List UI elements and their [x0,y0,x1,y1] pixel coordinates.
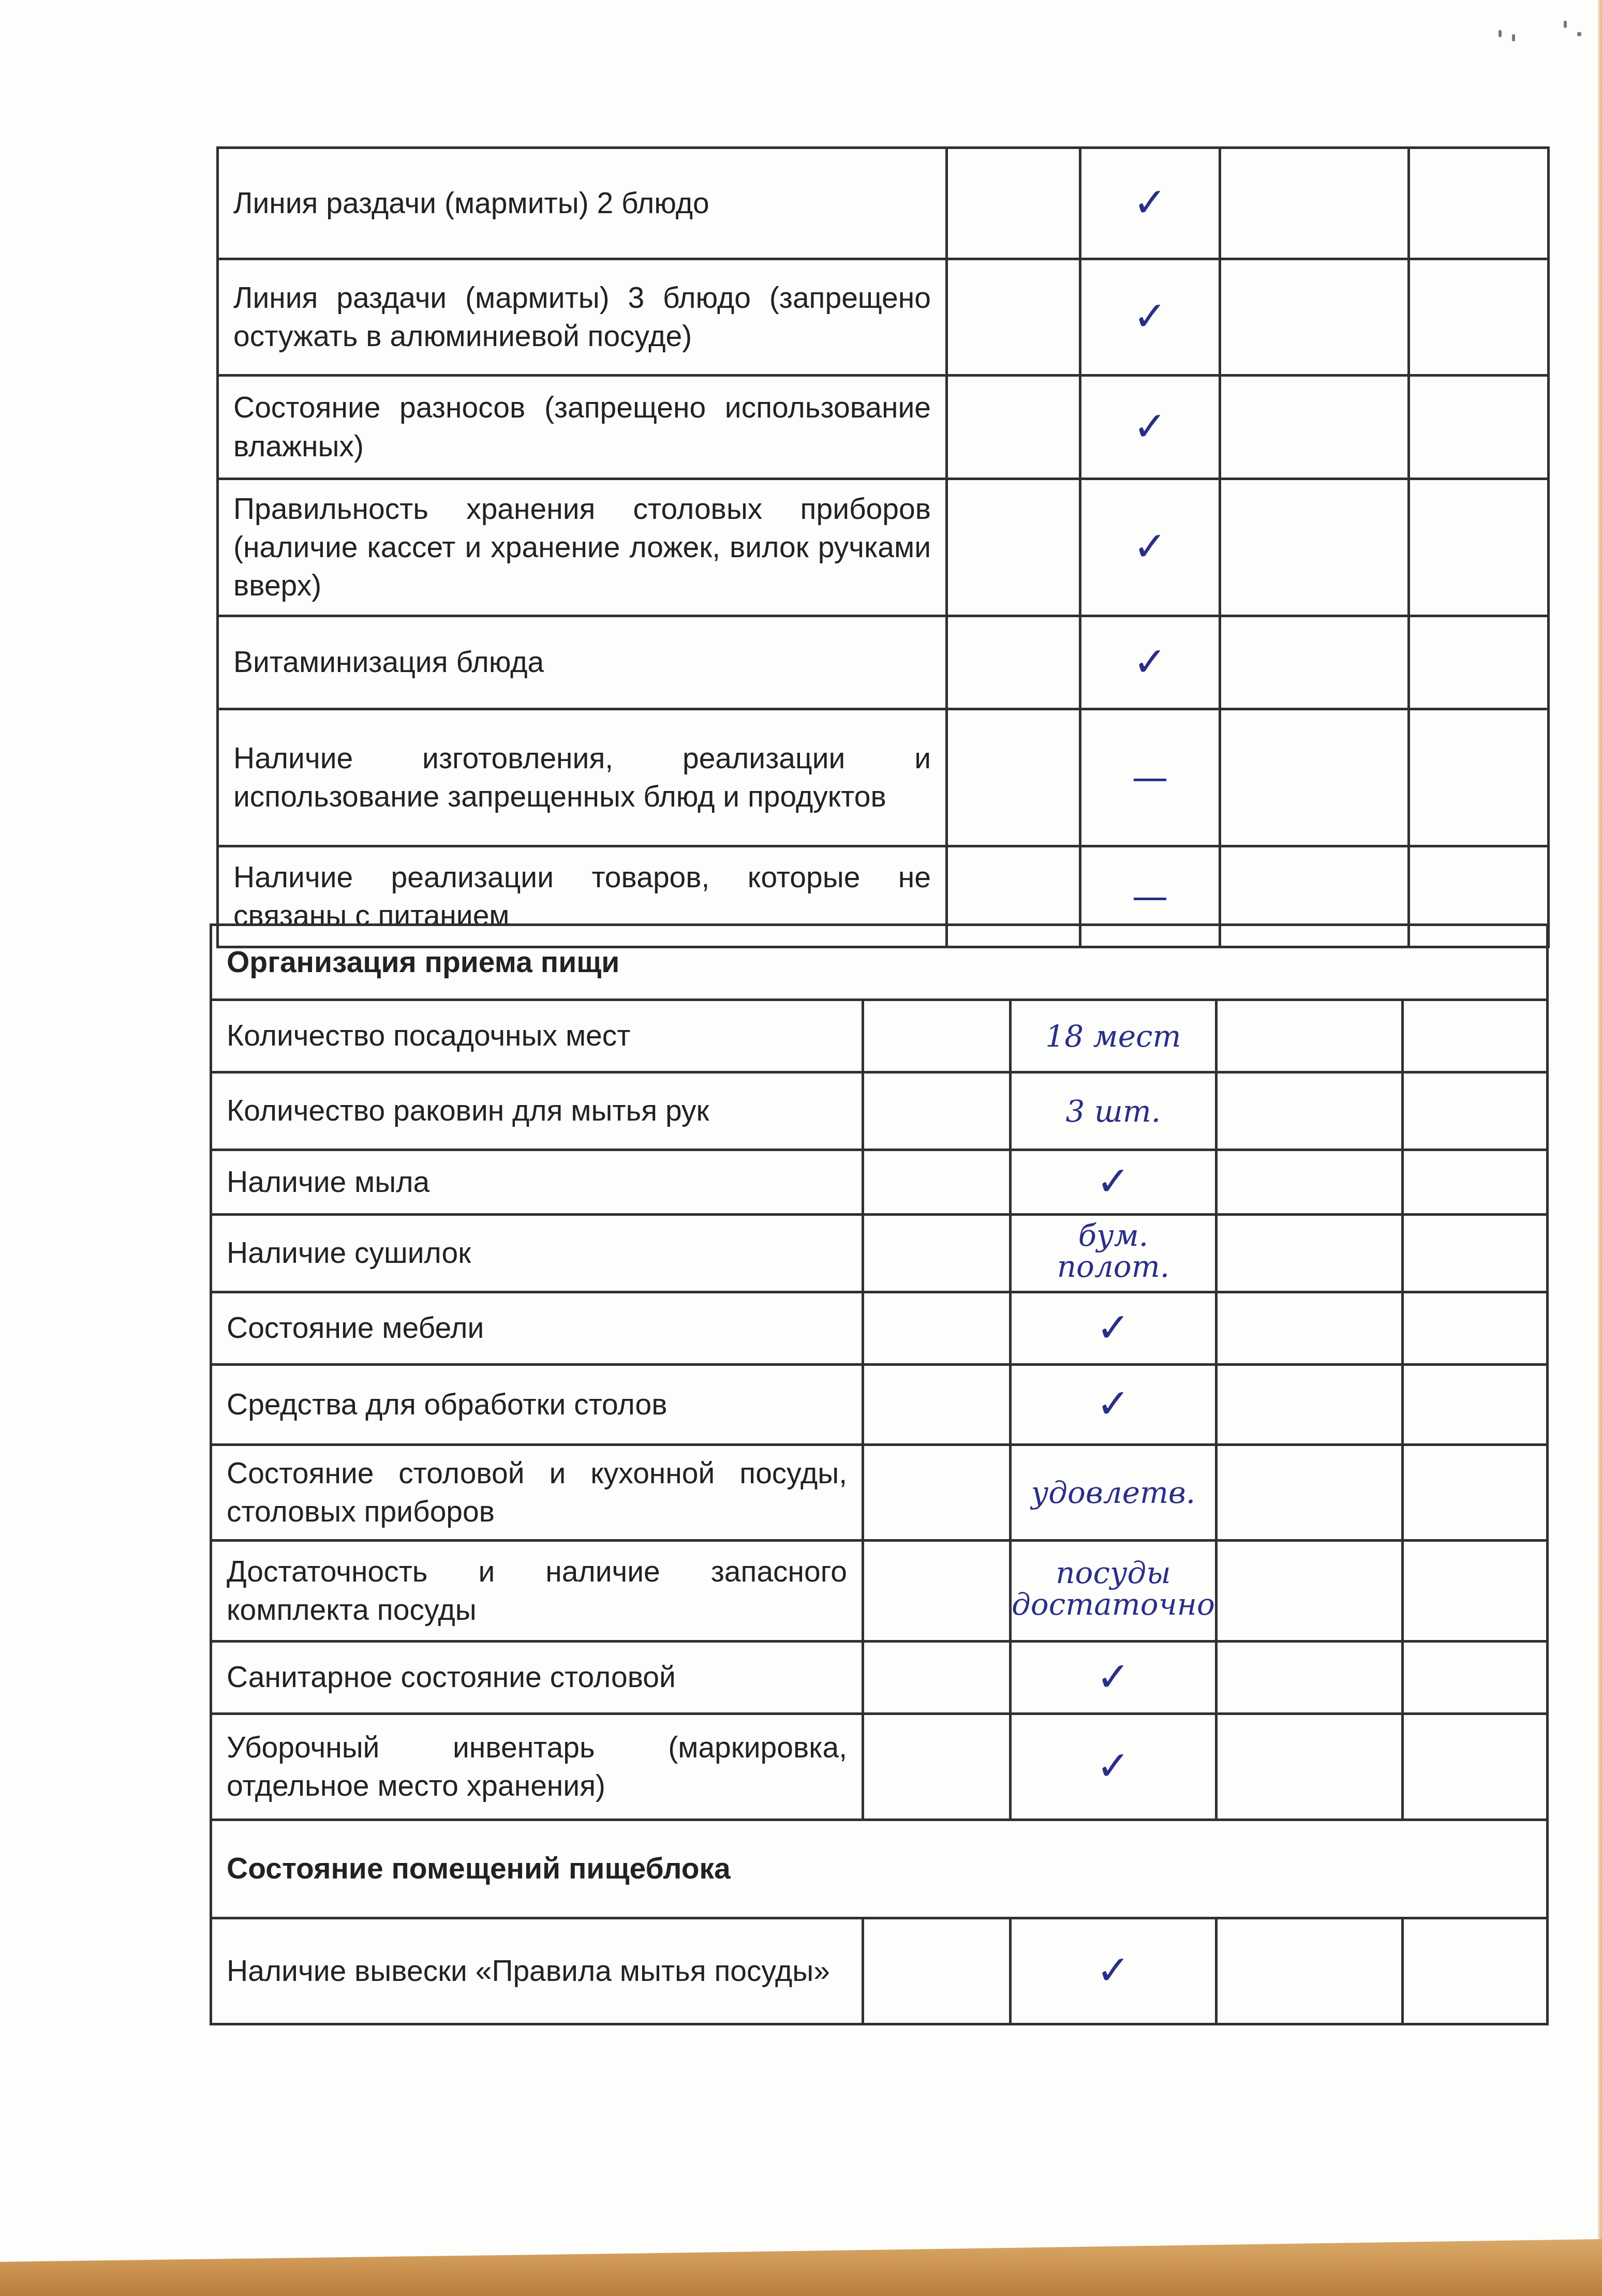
item-label: Наличие изготовления, реализации и испол… [218,709,947,846]
empty-cell[interactable] [1216,1541,1402,1642]
empty-cell[interactable] [1402,1918,1547,2024]
empty-cell[interactable] [863,1072,1011,1150]
checkmark-icon: ✓ [1096,1743,1130,1790]
empty-cell[interactable] [1216,1000,1402,1072]
empty-cell[interactable] [863,1714,1011,1820]
empty-cell[interactable] [863,1292,1011,1365]
empty-cell[interactable] [863,1365,1011,1445]
table-row: Количество раковин для мытья рук3 шт. [211,1072,1548,1150]
item-label: Средства для обработки столов [211,1365,863,1445]
empty-cell[interactable] [1402,1714,1547,1820]
table-row: Средства для обработки столов✓ [211,1365,1548,1445]
empty-cell[interactable] [1402,1072,1547,1150]
dash-mark: — [1132,756,1168,799]
item-label: Достаточность и наличие запасного компле… [211,1541,863,1642]
item-label: Витаминизация блюда [218,616,947,709]
checklist-table-lower: Организация приема пищиКоличество посадо… [210,923,1549,2025]
empty-cell[interactable] [1216,1072,1402,1150]
table-row: Правильность хранения столовых приборов … [218,479,1549,616]
empty-cell[interactable] [1409,479,1549,616]
checkmark-icon: ✓ [1133,524,1167,570]
checkmark-icon: ✓ [1133,180,1167,226]
empty-cell[interactable] [1216,1150,1402,1215]
mark-cell[interactable]: 3 шт. [1011,1072,1217,1150]
checklist-table-upper: Линия раздачи (мармиты) 2 блюдо✓Линия ра… [216,146,1550,948]
table-row: Наличие сушилокбум.полот. [211,1215,1548,1292]
table-row: Наличие изготовления, реализации и испол… [218,709,1549,846]
empty-cell[interactable] [1216,1445,1402,1541]
checkmark-icon: ✓ [1096,1947,1130,1994]
empty-cell[interactable] [1220,376,1409,479]
item-label: Состояние мебели [211,1292,863,1365]
table-row: Количество посадочных мест18 мест [211,1000,1548,1072]
mark-cell[interactable]: ✓ [1011,1150,1217,1215]
empty-cell[interactable] [1402,1215,1547,1292]
empty-cell[interactable] [863,1215,1011,1292]
mark-cell[interactable]: — [1080,709,1220,846]
empty-cell[interactable] [947,616,1080,709]
item-label: Уборочный инвентарь (маркировка, отдельн… [211,1714,863,1820]
mark-cell[interactable]: посудыдостаточно [1011,1541,1217,1642]
empty-cell[interactable] [1409,148,1549,259]
mark-cell[interactable]: ✓ [1080,479,1220,616]
mark-cell[interactable]: ✓ [1011,1365,1217,1445]
item-label: Линия раздачи (мармиты) 2 блюдо [218,148,947,259]
mark-cell[interactable]: ✓ [1080,259,1220,376]
empty-cell[interactable] [863,1000,1011,1072]
empty-cell[interactable] [1216,1215,1402,1292]
mark-cell[interactable]: ✓ [1011,1642,1217,1714]
item-label: Состояние разносов (запрещено использова… [218,376,947,479]
checkmark-icon: ✓ [1133,293,1167,340]
handwritten-note: 3 шт. [1066,1096,1161,1127]
item-label: Наличие мыла [211,1150,863,1215]
table-row: Витаминизация блюда✓ [218,616,1549,709]
empty-cell[interactable] [1402,1000,1547,1072]
empty-cell[interactable] [1402,1445,1547,1541]
item-label: Количество посадочных мест [211,1000,863,1072]
paper-speck [1499,30,1502,37]
table-row: Наличие вывески «Правила мытья посуды»✓ [211,1918,1548,2024]
empty-cell[interactable] [1402,1365,1547,1445]
mark-cell[interactable]: ✓ [1080,616,1220,709]
handwritten-note: бум.полот. [1057,1220,1170,1283]
item-label: Наличие сушилок [211,1215,863,1292]
empty-cell[interactable] [1220,616,1409,709]
empty-cell[interactable] [1220,479,1409,616]
table-row: Наличие мыла✓ [211,1150,1548,1215]
empty-cell[interactable] [1220,148,1409,259]
empty-cell[interactable] [1220,709,1409,846]
mark-cell[interactable]: ✓ [1080,376,1220,479]
empty-cell[interactable] [1220,259,1409,376]
mark-cell[interactable]: ✓ [1011,1918,1217,2024]
empty-cell[interactable] [947,376,1080,479]
empty-cell[interactable] [1216,1918,1402,2024]
empty-cell[interactable] [947,148,1080,259]
section-title: Организация приема пищи [211,925,1548,1000]
table-row: Санитарное состояние столовой✓ [211,1642,1548,1714]
empty-cell[interactable] [863,1642,1011,1714]
empty-cell[interactable] [1216,1642,1402,1714]
paper-page: Линия раздачи (мармиты) 2 блюдо✓Линия ра… [0,0,1598,2261]
mark-cell[interactable]: бум.полот. [1011,1215,1217,1292]
section-title: Состояние помещений пищеблока [211,1820,1548,1918]
empty-cell[interactable] [1409,376,1549,479]
handwritten-note: 18 мест [1045,1021,1181,1052]
empty-cell[interactable] [1216,1365,1402,1445]
item-label: Санитарное состояние столовой [211,1642,863,1714]
mark-cell[interactable]: удовлетв. [1011,1445,1217,1541]
item-label: Количество раковин для мытья рук [211,1072,863,1150]
paper-speck [1512,34,1515,41]
empty-cell[interactable] [1402,1150,1547,1215]
mark-cell[interactable]: ✓ [1011,1292,1217,1365]
checkmark-icon: ✓ [1133,639,1167,685]
checkmark-icon: ✓ [1133,404,1167,450]
item-label: Наличие вывески «Правила мытья посуды» [211,1918,863,2024]
section-header-row: Организация приема пищи [211,925,1548,1000]
empty-cell[interactable] [863,1150,1011,1215]
empty-cell[interactable] [863,1918,1011,2024]
empty-cell[interactable] [1216,1292,1402,1365]
empty-cell[interactable] [1402,1541,1547,1642]
table-row: Состояние мебели✓ [211,1292,1548,1365]
empty-cell[interactable] [947,479,1080,616]
checkmark-icon: ✓ [1096,1305,1130,1351]
empty-cell[interactable] [947,709,1080,846]
empty-cell[interactable] [863,1445,1011,1541]
item-label: Состояние столовой и кухонной посуды, ст… [211,1445,863,1541]
checkmark-icon: ✓ [1096,1381,1130,1427]
empty-cell[interactable] [1402,1642,1547,1714]
mark-cell[interactable]: 18 мест [1011,1000,1217,1072]
table-row: Состояние разносов (запрещено использова… [218,376,1549,479]
handwritten-note: посудыдостаточно [1012,1557,1215,1620]
paper-speck [1577,32,1581,36]
empty-cell[interactable] [1409,709,1549,846]
table-row: Линия раздачи (мармиты) 3 блюдо (запреще… [218,259,1549,376]
table-row: Уборочный инвентарь (маркировка, отдельн… [211,1714,1548,1820]
paper-speck [1564,21,1567,28]
section-header-row: Состояние помещений пищеблока [211,1820,1548,1918]
empty-cell[interactable] [1409,259,1549,376]
item-label: Линия раздачи (мармиты) 3 блюдо (запреще… [218,259,947,376]
mark-cell[interactable]: ✓ [1080,148,1220,259]
table-row: Достаточность и наличие запасного компле… [211,1541,1548,1642]
empty-cell[interactable] [863,1541,1011,1642]
mark-cell[interactable]: ✓ [1011,1714,1217,1820]
desk-surface-right [1598,0,1602,2296]
empty-cell[interactable] [947,259,1080,376]
empty-cell[interactable] [1216,1714,1402,1820]
dash-mark: — [1132,875,1168,918]
checkmark-icon: ✓ [1096,1654,1130,1701]
empty-cell[interactable] [1409,616,1549,709]
checkmark-icon: ✓ [1096,1158,1130,1205]
table-row: Состояние столовой и кухонной посуды, ст… [211,1445,1548,1541]
table-row: Линия раздачи (мармиты) 2 блюдо✓ [218,148,1549,259]
item-label: Правильность хранения столовых приборов … [218,479,947,616]
handwritten-note: удовлетв. [1031,1477,1196,1509]
empty-cell[interactable] [1402,1292,1547,1365]
